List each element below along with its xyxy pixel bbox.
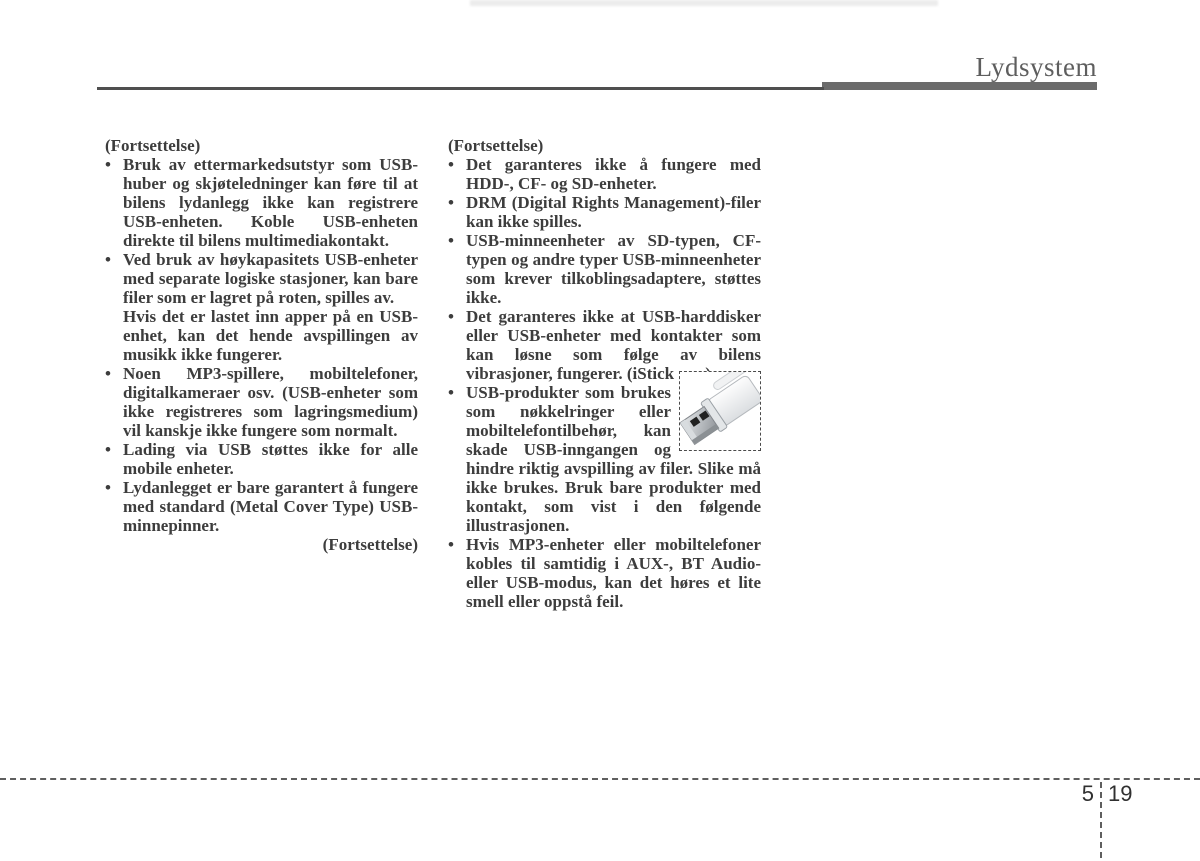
right-column: (Fortsettelse) • Det garanteres ikke å f… <box>448 136 761 611</box>
manual-page: Lydsystem (Fortsettelse) • Bruk av etter… <box>0 0 1200 861</box>
bullet-list: • Bruk av ettermarkedsutstyr som USB-hub… <box>105 155 418 535</box>
header-rule-thick <box>822 82 1097 90</box>
usb-connector-illustration <box>679 371 761 451</box>
bullet-icon: • <box>448 193 454 212</box>
bullet-icon: • <box>105 364 111 383</box>
bullet-icon: • <box>105 440 111 459</box>
list-item-text: DRM (Digital Rights Management)-filer ka… <box>466 193 761 231</box>
list-item: • Noen MP3-spillere, mobiltelefoner, dig… <box>105 364 418 440</box>
continuation-label-bottom: (Fortsettelse) <box>105 535 418 554</box>
list-item: • Bruk av ettermarkedsutstyr som USB-hub… <box>105 155 418 250</box>
usb-connector-icon <box>680 372 760 450</box>
chapter-number: 5 <box>1058 782 1094 806</box>
bullet-icon: • <box>448 307 454 326</box>
list-item-text: Ved bruk av høykapasitets USB-enheter me… <box>123 250 418 307</box>
list-item-text: Lading via USB støttes ikke for alle mob… <box>123 440 418 478</box>
text-columns: (Fortsettelse) • Bruk av ettermarkedsuts… <box>105 136 761 611</box>
footer-dashed-rule <box>0 778 1200 780</box>
left-column: (Fortsettelse) • Bruk av ettermarkedsuts… <box>105 136 418 611</box>
bullet-icon: • <box>448 383 454 402</box>
bullet-icon: • <box>105 155 111 174</box>
list-item-text: Det garanteres ikke å fungere med HDD-, … <box>466 155 761 193</box>
list-item: • Hvis MP3-enheter eller mobiltelefoner … <box>448 535 761 611</box>
continuation-label-top: (Fortsettelse) <box>105 136 418 155</box>
bullet-icon: • <box>105 478 111 497</box>
list-item-text: Lydanlegget er bare garantert å fungere … <box>123 478 418 535</box>
list-item: • DRM (Digital Rights Management)-filer … <box>448 193 761 231</box>
list-item-text: Hvis det er lastet inn apper på en USB-e… <box>123 307 418 364</box>
bullet-icon: • <box>105 250 111 269</box>
header-rule-thin <box>97 87 824 90</box>
list-item: • Lading via USB støttes ikke for alle m… <box>105 440 418 478</box>
bullet-icon: • <box>448 231 454 250</box>
list-item: • Ved bruk av høykapasitets USB-enheter … <box>105 250 418 364</box>
list-item: • USB-minneenheter av SD-typen, CF-typen… <box>448 231 761 307</box>
bullet-list: • Det garanteres ikke å fungere med HDD-… <box>448 155 761 611</box>
list-item-text: Hvis MP3-enheter eller mobiltelefoner ko… <box>466 535 761 611</box>
list-item: • Lydanlegget er bare garantert å funger… <box>105 478 418 535</box>
bullet-icon: • <box>448 155 454 174</box>
scan-artifact-bar <box>470 0 938 6</box>
list-item: • Det garanteres ikke å fungere med HDD-… <box>448 155 761 193</box>
page-number: 19 <box>1108 782 1132 806</box>
bullet-icon: • <box>448 535 454 554</box>
page-title: Lydsystem <box>975 54 1097 81</box>
list-item-text: USB-minneenheter av SD-typen, CF-typen o… <box>466 231 761 307</box>
list-item: • <box>448 383 761 535</box>
footer-vertical-dash <box>1100 782 1102 858</box>
continuation-label-top: (Fortsettelse) <box>448 136 761 155</box>
list-item-text: Bruk av ettermarkedsutstyr som USB-huber… <box>123 155 418 250</box>
list-item-text: Noen MP3-spillere, mobiltelefoner, digit… <box>123 364 418 440</box>
